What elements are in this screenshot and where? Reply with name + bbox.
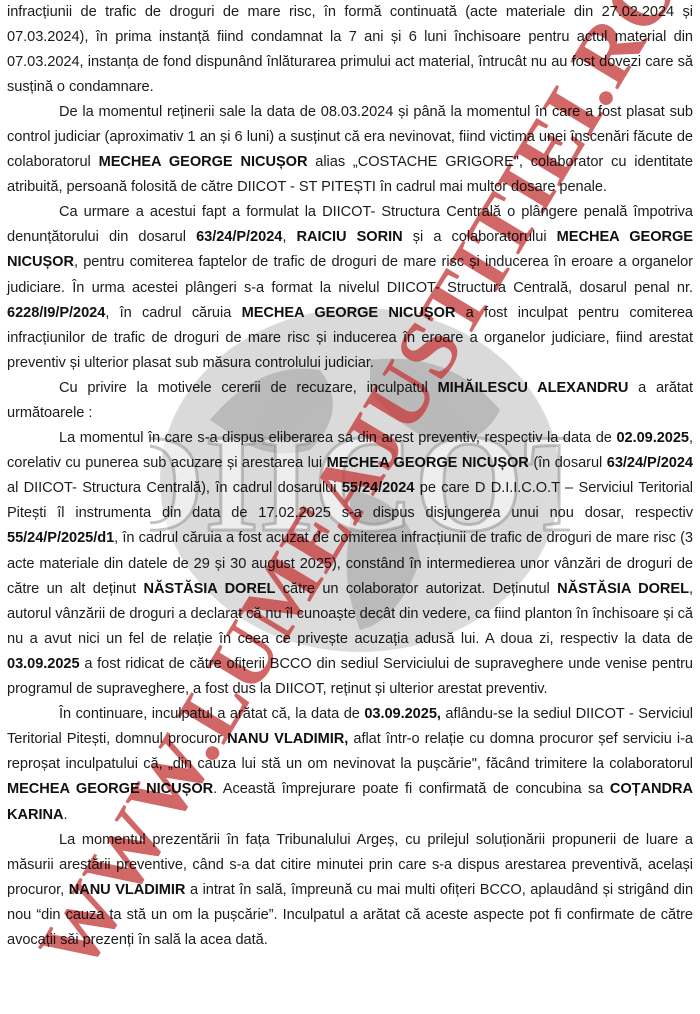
- bold-run: MECHEA GEORGE NICUȘOR: [7, 781, 213, 797]
- bold-run: 55/24/2024: [342, 480, 415, 496]
- bold-run: 63/24/P/2024: [196, 229, 282, 245]
- text-run: infracțiunii de trafic de droguri de mar…: [7, 4, 693, 95]
- text-run: a fost ridicat de către ofițerii BCCO di…: [7, 656, 693, 697]
- text-run: către un colaborator autorizat. Deținutu…: [275, 581, 557, 597]
- bold-run: 03.09.2025: [7, 656, 80, 672]
- paragraph: La momentul în care s-a dispus eliberare…: [7, 426, 693, 702]
- bold-run: 63/24/P/2024: [607, 455, 693, 471]
- text-run: În continuare, inculpatul a arătat că, l…: [59, 706, 364, 722]
- text-run: și a colaboratorului: [403, 229, 557, 245]
- text-run: , pentru comiterea faptelor de trafic de…: [7, 254, 693, 295]
- bold-run: RAICIU SORIN: [296, 229, 402, 245]
- bold-run: MECHEA GEORGE NICUȘOR: [99, 154, 308, 170]
- bold-run: MECHEA GEORGE NICUȘOR: [327, 455, 529, 471]
- paragraph: Cu privire la motivele cererii de recuza…: [7, 376, 693, 426]
- bold-run: 55/24/P/2025/d1: [7, 530, 114, 546]
- bold-run: 6228/I9/P/2024: [7, 305, 105, 321]
- document-body: infracțiunii de trafic de droguri de mar…: [7, 0, 693, 953]
- text-run: Cu privire la motivele cererii de recuza…: [59, 380, 438, 396]
- text-run: .: [63, 807, 67, 823]
- bold-run: MECHEA GEORGE NICUȘOR: [242, 305, 456, 321]
- text-run: , în cadrul căruia: [105, 305, 241, 321]
- paragraph: De la momentul reținerii sale la data de…: [7, 100, 693, 200]
- text-run: al DIICOT- Structura Centrală), în cadru…: [7, 480, 342, 496]
- bold-run: NĂSTĂSIA DOREL: [557, 581, 689, 597]
- bold-run: 02.09.2025: [616, 430, 689, 446]
- bold-run: NĂSTĂSIA DOREL: [144, 581, 276, 597]
- text-run: (în dosarul: [529, 455, 607, 471]
- paragraph: În continuare, inculpatul a arătat că, l…: [7, 702, 693, 827]
- text-run: La momentul în care s-a dispus eliberare…: [59, 430, 616, 446]
- paragraph: infracțiunii de trafic de droguri de mar…: [7, 0, 693, 100]
- bold-run: NANU VLADIMIR: [69, 882, 186, 898]
- bold-run: MIHĂILESCU ALEXANDRU: [438, 380, 629, 396]
- paragraph: La momentul prezentării în fața Tribunal…: [7, 828, 693, 953]
- text-run: ,: [282, 229, 296, 245]
- bold-run: NANU VLADIMIR,: [227, 731, 348, 747]
- paragraph: Ca urmare a acestui fapt a formulat la D…: [7, 200, 693, 376]
- text-run: . Această împrejurare poate fi confirmat…: [213, 781, 610, 797]
- bold-run: 03.09.2025,: [364, 706, 441, 722]
